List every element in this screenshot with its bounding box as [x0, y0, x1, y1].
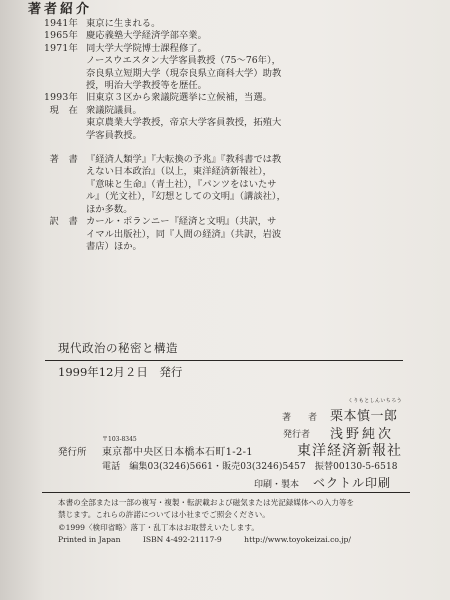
works-text: 『経済人類学』『大転換の予兆』『教科書では教 えない日本政治』（以上，東洋経済新… [86, 154, 346, 216]
bio-text: 同大学大学院博士課程修了。 ノースウエスタン大学客員教授（75〜76年）， 奈良… [86, 43, 346, 93]
legal-line: ©1999〈検印省略〉落丁・乱丁本はお取替えいたします。 [58, 522, 408, 534]
bio-year: 1965年 [40, 30, 86, 42]
translations-line: 書店）ほか。 [86, 241, 346, 253]
works-entry: 著 書 『経済人類学』『大転換の予兆』『教科書では教 えない日本政治』（以上，東… [40, 154, 346, 216]
bio-text: 旧東京３区から衆議院選挙に立候補，当選。 [86, 92, 346, 104]
bio-year: 1971年 [40, 43, 86, 93]
author-bio: 1941年 東京に生まれる。 1965年 慶応義塾大学経済学部卒業。 1971年… [40, 18, 346, 253]
bio-year: 現 在 [40, 105, 86, 142]
bio-entry: 1941年 東京に生まれる。 [40, 18, 346, 30]
works-line: えない日本政治』（以上，東洋経済新報社）， [86, 166, 346, 178]
author-intro-heading: 著者紹介 [28, 0, 92, 17]
author-ruby: くりもとしんいちろう [348, 397, 402, 404]
bio-year: 1993年 [40, 92, 86, 104]
legal-footer-line: Printed in Japan ISBN 4-492-21117-9 http… [58, 534, 408, 546]
bio-line: 同大学大学院博士課程修了。 [86, 43, 346, 55]
printer-name: ベクトル印刷 [313, 474, 391, 491]
bio-line: 衆議院議員。 [86, 105, 346, 117]
translations-text: カール・ポランニー『経済と文明』（共訳，サ イマル出版社），同『人間の経済』（共… [86, 216, 346, 253]
publisher-company: 東洋経済新報社 [297, 440, 402, 460]
colophon-divider [45, 360, 403, 361]
postal-code: 〒103-8345 [102, 434, 137, 443]
legal-notice: 本書の全部または一部の複写・複製・転訳載および磁気または光記録媒体への入力等を … [58, 497, 408, 546]
publisher-person-label: 発行者 [283, 427, 310, 440]
bio-year: 1941年 [40, 18, 86, 30]
bio-line: 奈良県立短期大学（現奈良県立商科大学）助教 [86, 68, 346, 80]
author-name: 栗本慎一郎 [330, 405, 398, 424]
printing-label: 印刷・製本 [254, 477, 299, 490]
legal-divider [42, 492, 410, 493]
translations-line: カール・ポランニー『経済と文明』（共訳，サ [86, 216, 346, 228]
works-line: ル』（光文社），『幻想としての文明』（講談社）， [86, 191, 346, 203]
bio-entry: 1993年 旧東京３区から衆議院選挙に立候補，当選。 [40, 92, 346, 104]
translations-line: イマル出版社），同『人間の経済』（共訳，岩波 [86, 229, 346, 241]
works-line: ほか多数。 [86, 204, 346, 216]
works-label: 著 書 [40, 154, 86, 216]
translations-entry: 訳 書 カール・ポランニー『経済と文明』（共訳，サ イマル出版社），同『人間の経… [40, 216, 346, 253]
isbn: ISBN 4-492-21117-9 [143, 535, 222, 544]
legal-line: 本書の全部または一部の複写・複製・転訳載および磁気または光記録媒体への入力等を [58, 497, 408, 509]
publisher-url: http://www.toyokeizai.co.jp/ [244, 535, 351, 544]
bio-entry: 1965年 慶応義塾大学経済学部卒業。 [40, 30, 346, 42]
book-title: 現代政治の秘密と構造 [58, 340, 178, 356]
bio-line: 東京農業大学教授，帝京大学客員教授，拓殖大 [86, 117, 346, 129]
printed-in-japan: Printed in Japan [58, 535, 120, 544]
author-label: 著 者 [282, 410, 321, 423]
works-line: 『経済人類学』『大転換の予兆』『教科書では教 [86, 154, 346, 166]
bio-entry: 現 在 衆議院議員。 東京農業大学教授，帝京大学客員教授，拓殖大 学客員教授。 [40, 105, 346, 142]
bio-text: 衆議院議員。 東京農業大学教授，帝京大学客員教授，拓殖大 学客員教授。 [86, 105, 346, 142]
bio-entry: 1971年 同大学大学院博士課程修了。 ノースウエスタン大学客員教授（75〜76… [40, 43, 346, 93]
office-label: 発行所 [58, 444, 87, 458]
issue-date: 1999年12月２日 発行 [58, 364, 182, 380]
bio-line: 学客員教授。 [86, 130, 346, 142]
translations-label: 訳 書 [40, 216, 86, 253]
bio-text: 慶応義塾大学経済学部卒業。 [86, 30, 346, 42]
bio-line: ノースウエスタン大学客員教授（75〜76年）， [86, 55, 346, 67]
bio-text: 東京に生まれる。 [86, 18, 346, 30]
bio-line: 授，明治大学教授等を歴任。 [86, 80, 346, 92]
legal-line: 禁じます。これらの許諾については小社までご照会ください。 [58, 509, 408, 521]
works-line: 『意味と生命』（青土社），『パンツをはいたサ [86, 179, 346, 191]
phone-info: 電話 編集03(3246)5661・販売03(3246)5457 振替00130… [102, 459, 398, 472]
office-address: 東京都中央区日本橋本石町1-2-1 [102, 443, 253, 458]
